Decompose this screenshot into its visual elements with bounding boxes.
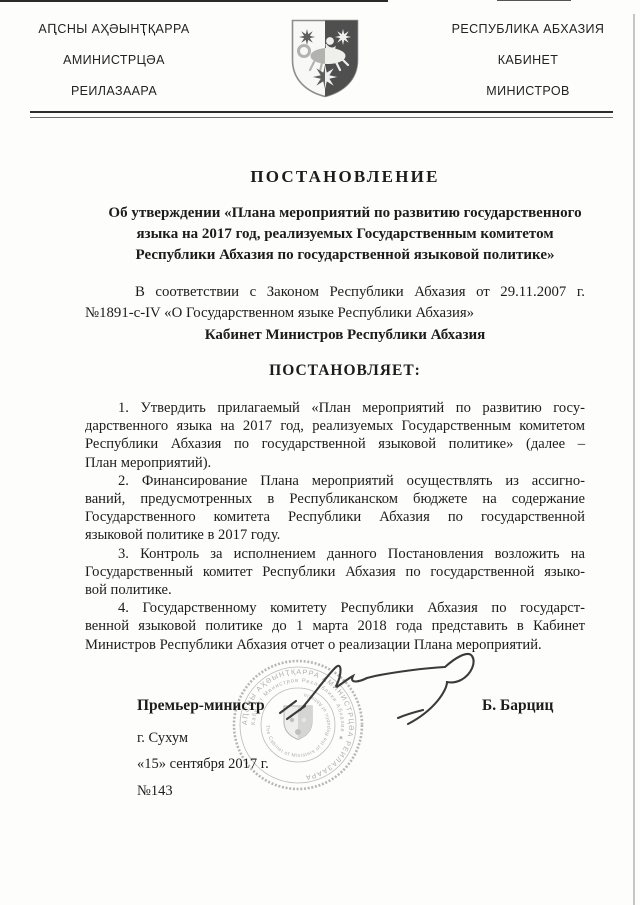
letterhead-divider [30,111,613,118]
letterhead-abkhaz-line: РЕИЛАЗААРА [30,85,198,98]
letterhead-russian-line: МИНИСТРОВ [443,85,613,98]
document-title: ПОСТАНОВЛЕНИЕ [90,167,600,187]
letterhead-abkhaz-line: АМИНИСТРЦӘА [30,54,198,67]
issuing-body-line: Кабинет Министров Республики Абхазия [90,327,600,344]
decree-paragraph-line: вой политике. [85,581,585,599]
decree-body: 1. Утвердить прилагаемый «План мероприят… [85,399,585,654]
decree-paragraph: 3. Контроль за исполнением данного Поста… [85,545,585,600]
document-subtitle: Об утверждении «Плана мероприятий по раз… [85,203,605,266]
decree-paragraph-line: План мероприятий). [85,454,585,472]
emblem-star-top-right [335,29,351,45]
document-subtitle-line: языка на 2017 год, реализуемых Государст… [85,224,605,245]
decree-paragraph: 4. Государственному комитету Республики … [85,599,585,654]
letterhead-russian: РЕСПУБЛИКА АБХАЗИЯКАБИНЕТМИНИСТРОВ [443,23,613,116]
decree-paragraph-line: 1. Утвердить прилагаемый «План мероприят… [85,399,585,417]
decree-paragraph: 1. Утвердить прилагаемый «План мероприят… [85,399,585,472]
decree-number: №143 [137,783,173,800]
letterhead-abkhaz: АԤСНЫ АҲӘЫНҬҚАРРААМИНИСТРЦӘАРЕИЛАЗААРА [30,23,198,116]
scan-artifact-top-line-2 [497,0,571,1]
emblem-star-top-left [299,29,315,45]
letterhead-abkhaz-line: АԤСНЫ АҲӘЫНҬҚАРРА [30,23,198,36]
resolves-heading: ПОСТАНОВЛЯЕТ: [90,362,600,380]
decree-paragraph-line: дарственного языка на 2017 год, реализуе… [85,417,585,435]
decree-paragraph-line: 3. Контроль за исполнением данного Поста… [85,545,585,563]
signature-city: г. Сухум [137,730,188,747]
signature-date: «15» сентября 2017 г. [137,756,269,773]
scanned-decree-page: АԤСНЫ АҲӘЫНҬҚАРРААМИНИСТРЦӘАРЕИЛАЗААРА [0,0,640,905]
signer-role: Премьер-министр [137,697,265,715]
decree-paragraph: 2. Финансирование Плана мероприятий осущ… [85,472,585,545]
legal-basis-paragraph-line: В соответствии с Законом Республики Абха… [85,282,585,303]
letterhead-russian-line: КАБИНЕТ [443,54,613,67]
legal-basis-paragraph: В соответствии с Законом Республики Абха… [85,282,585,323]
document-subtitle-line: Об утверждении «Плана мероприятий по раз… [85,203,605,224]
decree-paragraph-line: ваний, предусмотренных в Республиканском… [85,490,585,508]
legal-basis-paragraph-line: №1891-с-IV «О Государственном языке Респ… [85,303,585,324]
decree-paragraph-line: языковой политике в 2017 году. [85,526,585,544]
decree-paragraph-line: Республики Абхазия по государственной яз… [85,435,585,453]
scan-artifact-right-edge [633,14,635,905]
scan-artifact-top-line [0,0,388,2]
letterhead-russian-line: РЕСПУБЛИКА АБХАЗИЯ [443,23,613,36]
document-subtitle-line: Республики Абхазия по государственной яз… [85,245,605,266]
decree-paragraph-line: Государственного комитета Республики Абх… [85,508,585,526]
abkhazia-coat-of-arms-icon [290,18,360,105]
decree-paragraph-line: 4. Государственному комитету Республики … [85,599,585,617]
decree-paragraph-line: 2. Финансирование Плана мероприятий осущ… [85,472,585,490]
decree-paragraph-line: венной языковой политике до 1 марта 2018… [85,617,585,635]
signer-name: Б. Барциц [482,697,553,715]
seal-and-signature: АԤСНЫ АҲӘЫНҬҚАРРА АМИНИСТРЦӘА РЕИЛАЗААРА… [225,648,505,818]
emblem-star-bottom [313,65,337,89]
decree-paragraph-line: Государственный комитет Республики Абхаз… [85,563,585,581]
